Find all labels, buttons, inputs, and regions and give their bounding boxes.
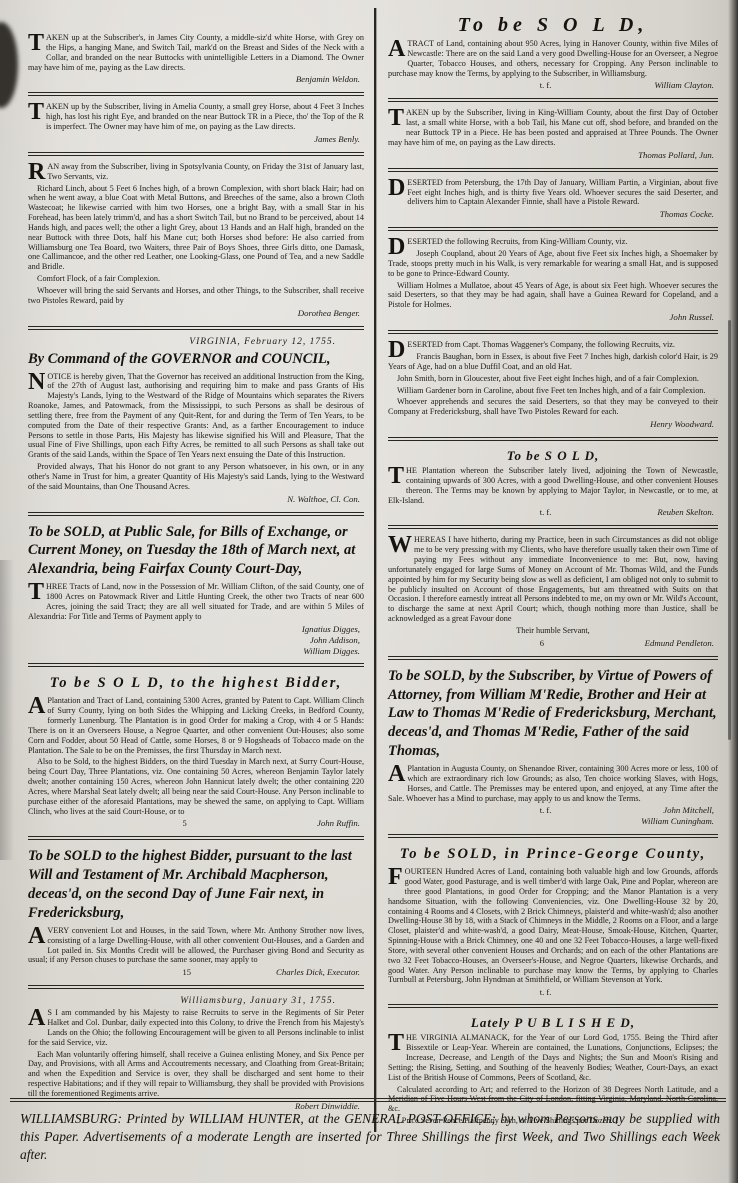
- notice-paragraph: John Smith, born in Gloucester, about fi…: [388, 374, 718, 384]
- signature-row: Benjamin Weldon.: [28, 74, 364, 85]
- notice-section: TAKEN up at the Subscriber's, in James C…: [28, 30, 364, 89]
- column-layout: TAKEN up at the Subscriber's, in James C…: [14, 8, 720, 1132]
- filing-mark: t. f.: [540, 987, 552, 997]
- notice-section: To be SOLD, by the Subscriber, by Virtue…: [388, 656, 718, 832]
- signature: William Digges.: [28, 646, 364, 657]
- scan-artifact-right-streak: [728, 320, 731, 740]
- signature-row: Ignatius Digges,John Addison,William Dig…: [28, 624, 364, 657]
- notice-section: To be S O L D,ATRACT of Land, containing…: [388, 10, 718, 95]
- drop-cap-letter: R: [28, 162, 47, 182]
- notice-paragraph: DESERTED from Capt. Thomas Waggener's Co…: [388, 340, 718, 350]
- notice-heading: To be SOLD, in Prince-George County,: [388, 845, 718, 864]
- signature-row: John Russel.: [388, 312, 718, 323]
- notice-section: TAKEN up by the Subscriber, living in Ki…: [388, 98, 718, 164]
- filing-mark: t. f.: [540, 507, 552, 517]
- signature-row: Dorothea Benger.: [28, 308, 364, 319]
- signature: Charles Dick, Executor.: [28, 967, 364, 978]
- notice-paragraph: Comfort Flock, of a fair Complexion.: [28, 274, 364, 284]
- notice-heading: To be SOLD, at Public Sale, for Bills of…: [28, 523, 364, 580]
- notice-paragraph: THE Plantation whereon the Subscriber la…: [388, 466, 718, 505]
- notice-paragraph: Richard Linch, about 5 Feet 6 Inches hig…: [28, 184, 364, 273]
- drop-cap-letter: T: [28, 102, 46, 122]
- drop-cap-letter: A: [28, 696, 47, 716]
- notice-paragraph: AVERY convenient Lot and Houses, in the …: [28, 926, 364, 965]
- signature: John Ruffin.: [28, 818, 364, 829]
- signature: Edmund Pendleton.: [388, 638, 718, 649]
- notice-paragraph: FOURTEEN Hundred Acres of Land, containi…: [388, 867, 718, 985]
- notice-section: VIRGINIA, February 12, 1755.By Command o…: [28, 326, 364, 509]
- scan-artifact-left-smudge: [0, 560, 14, 860]
- signature-row: N. Walthoe, Cl. Con.: [28, 494, 364, 505]
- notice-section: DESERTED from Capt. Thomas Waggener's Co…: [388, 330, 718, 434]
- newspaper-page: TAKEN up at the Subscriber's, in James C…: [0, 0, 738, 1183]
- signature: James Benly.: [28, 134, 364, 145]
- drop-cap-letter: D: [388, 340, 407, 360]
- notice-paragraph: Francis Baughan, born in Essex, is about…: [388, 352, 718, 372]
- notice-paragraph: TAKEN up by the Subscriber, living in Am…: [28, 102, 364, 132]
- imprint-text: WILLIAMSBURG: Printed by WILLIAM HUNTER,…: [20, 1111, 720, 1162]
- signature: Thomas Pollard, Jun.: [388, 150, 718, 161]
- notice-heading: By Command of the GOVERNOR and COUNCIL,: [28, 350, 364, 369]
- notice-heading: To be SOLD, by the Subscriber, by Virtue…: [388, 667, 718, 761]
- newspaper-column-left: TAKEN up at the Subscriber's, in James C…: [14, 8, 372, 1132]
- notice-section: To be SOLD, at Public Sale, for Bills of…: [28, 512, 364, 661]
- notice-paragraph: AS I am commanded by his Majesty to rais…: [28, 1008, 364, 1047]
- notice-heading: To be S O L D,: [388, 14, 718, 37]
- notice-section: To be SOLD, in Prince-George County,FOUR…: [388, 834, 718, 1001]
- notice-paragraph: APlantation in Augusta County, on Shenan…: [388, 764, 718, 803]
- notice-paragraph: William Holmes a Mullatoe, about 45 Year…: [388, 281, 718, 311]
- signature: William Clayton.: [388, 80, 718, 91]
- filing-mark: t. f.: [540, 805, 552, 815]
- drop-cap-letter: F: [388, 867, 405, 887]
- drop-cap-letter: T: [388, 466, 406, 486]
- notice-section: DESERTED from Petersburg, the 17th Day o…: [388, 168, 718, 225]
- notice-section: RAN away from the Subscriber, living in …: [28, 152, 364, 323]
- filing-mark: 5: [183, 818, 187, 828]
- notice-paragraph: APlantation and Tract of Land, containin…: [28, 696, 364, 755]
- signature-row: t. f.: [388, 987, 718, 997]
- filing-mark: 15: [183, 967, 192, 977]
- signature: John Russel.: [388, 312, 718, 323]
- signature-row: Henry Woodward.: [388, 419, 718, 430]
- drop-cap-letter: T: [388, 108, 406, 128]
- notice-paragraph: RAN away from the Subscriber, living in …: [28, 162, 364, 182]
- signature-row: Thomas Pollard, Jun.: [388, 150, 718, 161]
- signature-row: t. f.William Clayton.: [388, 80, 718, 91]
- drop-cap-letter: D: [388, 178, 407, 198]
- signature: Reuben Skelton.: [388, 507, 718, 518]
- notice-section: Williamsburg, January 31, 1755.AS I am c…: [28, 985, 364, 1116]
- notice-section: To be S O L D,THE Plantation whereon the…: [388, 437, 718, 522]
- notice-paragraph: DESERTED the following Recruits, from Ki…: [388, 237, 718, 247]
- signature: Benjamin Weldon.: [28, 74, 364, 85]
- notice-paragraph: William Gardener born in Caroline, about…: [388, 386, 718, 396]
- signature: John Addison,: [28, 635, 364, 646]
- drop-cap-letter: A: [388, 39, 407, 59]
- signature-row: James Benly.: [28, 134, 364, 145]
- notice-section: TAKEN up by the Subscriber, living in Am…: [28, 92, 364, 149]
- notice-heading: Lately P U B L I S H E D,: [388, 1015, 718, 1031]
- signature-row: t. f.Reuben Skelton.: [388, 507, 718, 518]
- filing-mark: 6: [540, 638, 544, 648]
- notice-paragraph: ATRACT of Land, containing about 950 Acr…: [388, 39, 718, 78]
- notice-heading: To be S O L D,: [388, 448, 718, 464]
- notice-paragraph: Provided always, That his Honor do not g…: [28, 462, 364, 492]
- signature-row: 6Edmund Pendleton.: [388, 638, 718, 649]
- notice-paragraph: Joseph Coupland, about 20 Years of Age, …: [388, 249, 718, 279]
- drop-cap-letter: T: [28, 582, 46, 602]
- notice-paragraph: TAKEN up by the Subscriber, living in Ki…: [388, 108, 718, 147]
- column-divider-rule: [374, 8, 376, 1132]
- notice-paragraph: WHEREAS I have hitherto, during my Pract…: [388, 535, 718, 624]
- notice-paragraph: THE VIRGINIA ALMANACK, for the Year of o…: [388, 1033, 718, 1082]
- signature-row: 15Charles Dick, Executor.: [28, 967, 364, 978]
- filing-mark: t. f.: [540, 80, 552, 90]
- notice-paragraph: TAKEN up at the Subscriber's, in James C…: [28, 33, 364, 72]
- notice-paragraph: Whoever will bring the said Servants and…: [28, 286, 364, 306]
- signature: Dorothea Benger.: [28, 308, 364, 319]
- notice-paragraph: Each Man voluntarily offering himself, s…: [28, 1050, 364, 1099]
- newspaper-column-right: To be S O L D,ATRACT of Land, containing…: [378, 8, 722, 1132]
- notice-section: To be SOLD to the highest Bidder, pursua…: [28, 836, 364, 982]
- notice-section: WHEREAS I have hitherto, during my Pract…: [388, 525, 718, 652]
- notice-heading: To be SOLD to the highest Bidder, pursua…: [28, 847, 364, 922]
- notice-paragraph: NOTICE is hereby given, That the Governo…: [28, 372, 364, 461]
- notice-dateline: Williamsburg, January 31, 1755.: [28, 995, 364, 1008]
- drop-cap-letter: T: [28, 33, 46, 53]
- notice-heading: To be S O L D, to the highest Bidder,: [28, 674, 364, 693]
- notice-paragraph: Their humble Servant,: [388, 626, 718, 636]
- drop-cap-letter: N: [28, 372, 47, 392]
- notice-dateline: VIRGINIA, February 12, 1755.: [28, 336, 364, 349]
- notice-paragraph: Also to be Sold, to the highest Bidders,…: [28, 757, 364, 816]
- signature-row: Thomas Cocke.: [388, 209, 718, 220]
- signature: John Mitchell,: [388, 805, 718, 816]
- drop-cap-letter: W: [388, 535, 414, 555]
- signature-row: 5John Ruffin.: [28, 818, 364, 829]
- signature: Thomas Cocke.: [388, 209, 718, 220]
- notice-paragraph: THREE Tracts of Land, now in the Possess…: [28, 582, 364, 621]
- signature: William Cuningham.: [388, 816, 718, 827]
- drop-cap-letter: A: [28, 926, 47, 946]
- signature: Henry Woodward.: [388, 419, 718, 430]
- notice-section: DESERTED the following Recruits, from Ki…: [388, 227, 718, 327]
- drop-cap-letter: A: [28, 1008, 47, 1028]
- imprint-line: WILLIAMSBURG: Printed by WILLIAM HUNTER,…: [10, 1098, 726, 1165]
- signature-row: t. f.John Mitchell,William Cuningham.: [388, 805, 718, 827]
- signature: Ignatius Digges,: [28, 624, 364, 635]
- notice-paragraph: DESERTED from Petersburg, the 17th Day o…: [388, 178, 718, 208]
- drop-cap-letter: T: [388, 1033, 406, 1053]
- drop-cap-letter: D: [388, 237, 407, 257]
- drop-cap-letter: A: [388, 764, 407, 784]
- notice-section: To be S O L D, to the highest Bidder,APl…: [28, 663, 364, 833]
- notice-paragraph: Whoever apprehends and secures the said …: [388, 397, 718, 417]
- signature: N. Walthoe, Cl. Con.: [28, 494, 364, 505]
